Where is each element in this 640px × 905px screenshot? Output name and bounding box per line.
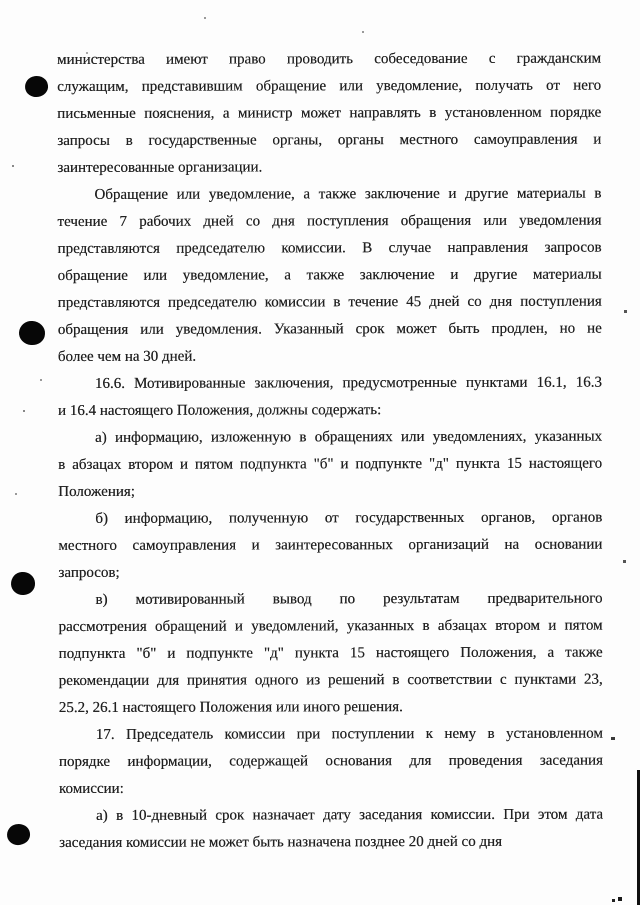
- hole-punch-mark: [24, 75, 50, 99]
- paragraph-1: министерства имеют право проводить собес…: [57, 46, 601, 182]
- text-line: комиссии:: [59, 775, 603, 803]
- text-line: заинтересованные организации.: [57, 154, 601, 182]
- text-line: служащим, представившим обращение или ув…: [57, 73, 601, 101]
- text-line: рекомендации для принятия одного из реше…: [59, 667, 603, 695]
- paragraph-7: 17. Председатель комиссии при поступлени…: [59, 721, 603, 803]
- scanned-document-page: министерства имеют право проводить собес…: [0, 0, 640, 905]
- text-line: Положения;: [58, 478, 602, 506]
- text-line: в) мотивированный вывод по результатам п…: [58, 586, 602, 614]
- text-line: 16.6. Мотивированные заключения, предусм…: [58, 370, 602, 398]
- scan-speck: [618, 897, 622, 901]
- hole-punch-mark: [18, 320, 46, 346]
- text-line: 17. Председатель комиссии при поступлени…: [59, 721, 603, 749]
- hole-punch-mark: [10, 571, 35, 595]
- text-line: порядке информации, содержащей основания…: [59, 748, 603, 776]
- scan-speck: [23, 410, 25, 412]
- hole-punch-mark: [5, 822, 31, 847]
- paragraph-6: в) мотивированный вывод по результатам п…: [58, 586, 602, 722]
- document-body: министерства имеют право проводить собес…: [57, 46, 603, 857]
- text-line: подпункта "б" и подпункте "д" пункта 15 …: [59, 640, 603, 668]
- scan-speck: [12, 165, 14, 167]
- paragraph-2: Обращение или уведомление, а также заклю…: [57, 181, 601, 371]
- text-line: рассмотрения обращений и уведомлений, ук…: [58, 613, 602, 641]
- scan-speck: [624, 310, 627, 313]
- paragraph-8: а) в 10-дневный срок назначает дату засе…: [59, 802, 603, 857]
- paragraph-5: б) информацию, полученную от государстве…: [58, 505, 602, 587]
- text-line: обращения или уведомления. Указанный сро…: [58, 316, 602, 344]
- text-line: представляются председателю комиссии. В …: [57, 235, 601, 263]
- paragraph-4: а) информацию, изложенную в обращениях и…: [58, 424, 602, 506]
- text-line: а) информацию, изложенную в обращениях и…: [58, 424, 602, 452]
- text-line: заседания комиссии не может быть назначе…: [59, 829, 603, 857]
- scan-speck: [40, 379, 42, 381]
- text-line: письменные пояснения, а министр может на…: [57, 100, 601, 128]
- text-line: б) информацию, полученную от государстве…: [58, 505, 602, 533]
- scan-speck: [204, 17, 206, 19]
- text-line: и 16.4 настоящего Положения, должны соде…: [58, 397, 602, 425]
- scan-speck: [612, 899, 615, 902]
- text-line: запросов;: [58, 559, 602, 587]
- scan-speck: [611, 737, 615, 740]
- text-line: запросы в государственные органы, органы…: [57, 127, 601, 155]
- text-line: в абзацах втором и пятом подпункта "б" и…: [58, 451, 602, 479]
- scan-speck: [362, 31, 364, 33]
- text-line: течение 7 рабочих дней со дня поступлени…: [57, 208, 601, 236]
- scan-speck: [86, 52, 88, 54]
- text-line: Обращение или уведомление, а также заклю…: [57, 181, 601, 209]
- text-line: а) в 10-дневный срок назначает дату засе…: [59, 802, 603, 830]
- scan-speck: [623, 560, 626, 563]
- scan-speck: [15, 493, 17, 495]
- text-line: более чем на 30 дней.: [58, 343, 602, 371]
- text-line: министерства имеют право проводить собес…: [57, 46, 601, 74]
- text-line: обращение или уведомление, а также заклю…: [58, 262, 602, 290]
- text-line: местного самоуправления и заинтересованн…: [58, 532, 602, 560]
- text-line: 25.2, 26.1 настоящего Положения или иног…: [59, 694, 603, 722]
- text-line: представляются председателю комиссии в т…: [58, 289, 602, 317]
- paragraph-3: 16.6. Мотивированные заключения, предусм…: [58, 370, 602, 425]
